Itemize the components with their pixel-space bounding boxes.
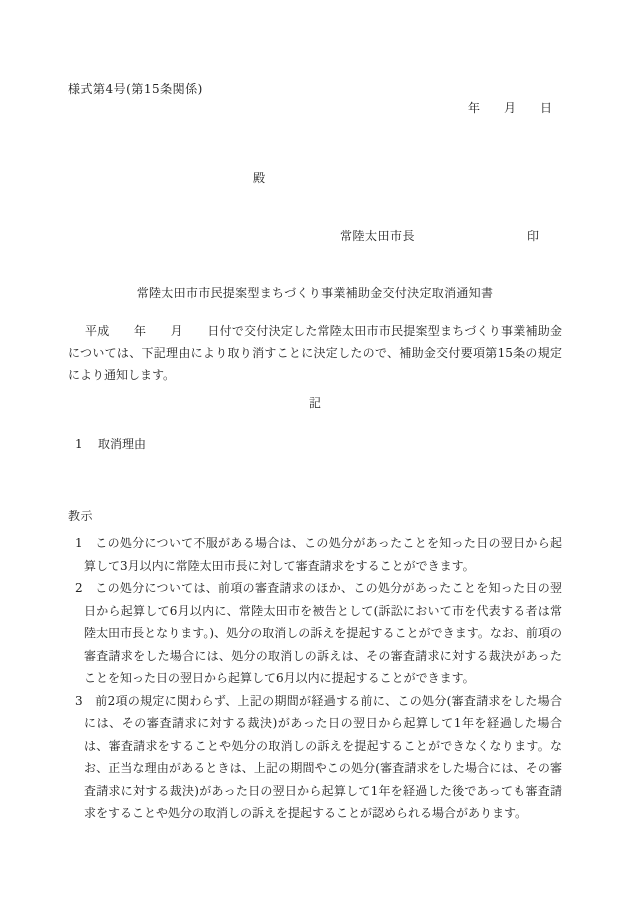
form-number-label: 様式第4号(第15条関係) bbox=[68, 83, 203, 95]
body-paragraph: 平成 年 月 日付で交付決定した常陸太田市市民提案型まちづくり事業補助金について… bbox=[68, 320, 562, 386]
instruction-item-1: 1この処分について不服がある場合は、この処分があったことを知った日の翌日から起算… bbox=[84, 532, 562, 577]
instructions-list: 1この処分について不服がある場合は、この処分があったことを知った日の翌日から起算… bbox=[75, 532, 562, 825]
instruction-item-2: 2この処分については、前項の審査請求のほか、この処分があったことを知った日の翌日… bbox=[84, 577, 562, 690]
reason-item-number: 1 bbox=[75, 438, 98, 450]
date-blank-line: 年 月 日 bbox=[468, 102, 552, 114]
seal-mark: 印 bbox=[527, 230, 539, 242]
instruction-item-number: 2 bbox=[75, 577, 95, 600]
instructions-heading: 教示 bbox=[68, 510, 93, 522]
reason-item-label: 取消理由 bbox=[98, 437, 146, 451]
instruction-item-text: この処分について不服がある場合は、この処分があったことを知った日の翌日から起算し… bbox=[84, 536, 562, 573]
document-title: 常陸太田市市民提案型まちづくり事業補助金交付決定取消通知書 bbox=[0, 287, 630, 299]
addressee-honorific: 殿 bbox=[253, 172, 265, 184]
instruction-item-3: 3前2項の規定に関わらず、上記の期間が経過する前に、この処分(審査請求をした場合… bbox=[84, 690, 562, 825]
instruction-item-text: 前2項の規定に関わらず、上記の期間が経過する前に、この処分(審査請求をした場合に… bbox=[84, 694, 562, 821]
document-page: 様式第4号(第15条関係) 年 月 日 殿 常陸太田市長 印 常陸太田市市民提案… bbox=[0, 0, 630, 903]
instruction-item-number: 1 bbox=[75, 532, 95, 555]
sender-title: 常陸太田市長 bbox=[340, 230, 415, 242]
instruction-item-text: この処分については、前項の審査請求のほか、この処分があったことを知った日の翌日か… bbox=[84, 581, 562, 685]
instruction-item-number: 3 bbox=[75, 690, 95, 713]
record-heading: 記 bbox=[0, 397, 630, 409]
cancellation-reason-heading: 1取消理由 bbox=[75, 438, 146, 450]
